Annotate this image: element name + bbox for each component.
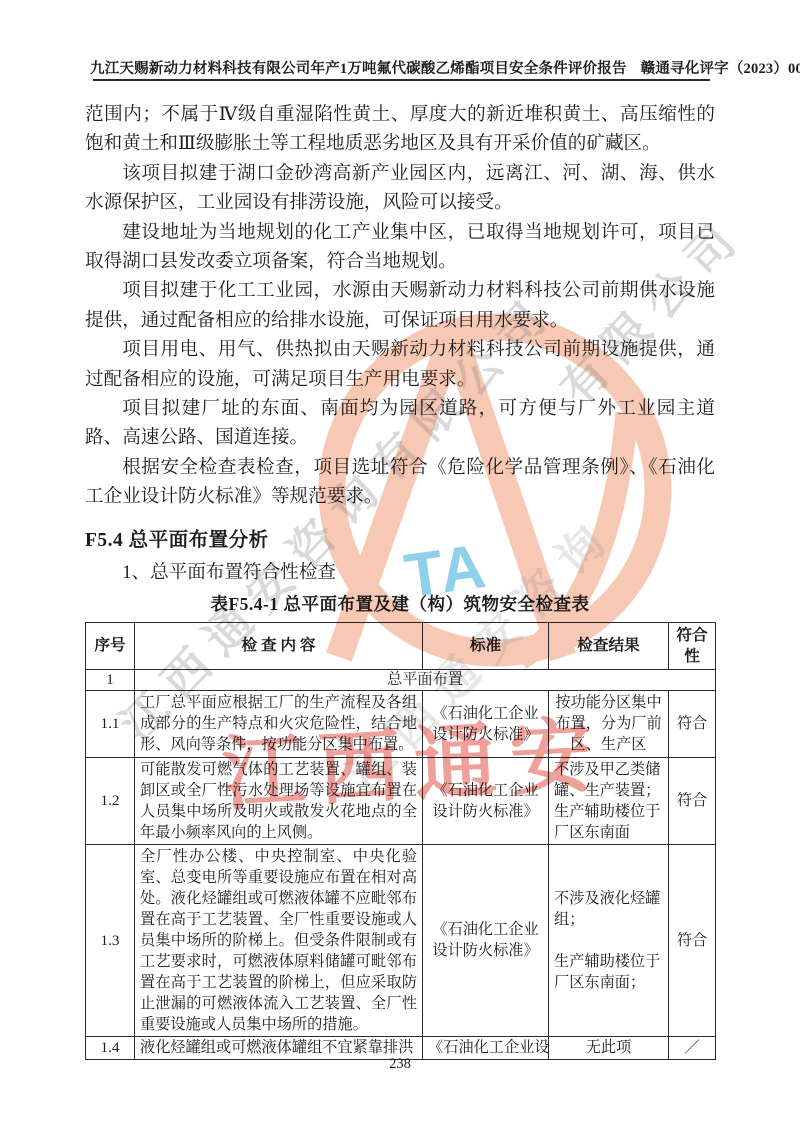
table-row: 1.1 工厂总平面应根据工厂的生产流程及各组成部分的生产特点和火灾危险性，结合地… — [86, 690, 716, 757]
row-content: 工厂总平面应根据工厂的生产流程及各组成部分的生产特点和火灾危险性，结合地形、风向… — [135, 690, 423, 757]
table-row: 1.3 全厂性办公楼、中央控制室、中央化验室、总变电所等重要设施应布置在相对高处… — [86, 844, 716, 1036]
doc-number: 赣通寻化评字（2023）004号 — [641, 61, 800, 77]
safety-checklist-table: 序号 检 查 内 容 标准 检查结果 符合性 1 总平面布置 1.1 工厂总平面… — [85, 622, 716, 1060]
table-row: 1.2 可能散发可燃气体的工艺装置、罐组、装卸区或全厂性污水处理场等设施宜布置在… — [86, 757, 716, 844]
table-caption: 表F5.4-1 总平面布置及建（构）筑物安全检查表 — [85, 591, 715, 616]
table-header-row: 序号 检 查 内 容 标准 检查结果 符合性 — [86, 622, 716, 669]
body-paragraph: 建设地址为当地规划的化工产业集中区，已取得当地规划许可，项目已取得湖口县发改委立… — [85, 218, 715, 277]
col-header-no: 序号 — [86, 622, 135, 669]
body-paragraph: 该项目拟建于湖口金砂湾高新产业园区内，远离江、河、湖、海、供水水源保护区，工业园… — [85, 159, 715, 218]
header-rule — [93, 79, 710, 81]
col-header-content: 检 查 内 容 — [135, 622, 423, 669]
row-content: 可能散发可燃气体的工艺装置、罐组、装卸区或全厂性污水处理场等设施宜布置在人员集中… — [135, 757, 423, 844]
body-paragraph: 项目拟建于化工工业园，水源由天赐新动力材料科技公司前期供水设施提供，通过配备相应… — [85, 276, 715, 335]
body-paragraph: 根据安全检查表检查，项目选址符合《危险化学品管理条例》、《石油化工企业设计防火标… — [85, 453, 715, 512]
row-result: 按功能分区集中布置，分为厂前区、生产区 — [549, 690, 669, 757]
body-paragraph: 范围内；不属于Ⅳ级自重湿陷性黄土、厚度大的新近堆积黄土、高压缩性的饱和黄土和Ⅲ级… — [85, 100, 715, 159]
section-subitem: 1、总平面布置符合性检查 — [85, 558, 715, 587]
table-group-row: 1 总平面布置 — [86, 669, 716, 690]
col-header-standard: 标准 — [423, 622, 549, 669]
document-page: 九江天赐新动力材料科技有限公司年产1万吨氟代碳酸乙烯酯项目安全条件评价报告赣通寻… — [0, 0, 800, 1131]
page-number: 238 — [0, 1056, 800, 1073]
row-standard: 《石油化工企业设计防火标准》 — [423, 757, 549, 844]
page-body: 范围内；不属于Ⅳ级自重湿陷性黄土、厚度大的新近堆积黄土、高压缩性的饱和黄土和Ⅲ级… — [85, 100, 715, 1060]
col-header-conformity: 符合性 — [669, 622, 716, 669]
col-header-result: 检查结果 — [549, 622, 669, 669]
row-no: 1.3 — [86, 844, 135, 1036]
report-title: 九江天赐新动力材料科技有限公司年产1万吨氟代碳酸乙烯酯项目安全条件评价报告 — [90, 61, 627, 77]
body-paragraph: 项目拟建厂址的东面、南面均为园区道路，可方便与厂外工业园主道路、高速公路、国道连… — [85, 394, 715, 453]
row-no: 1.2 — [86, 757, 135, 844]
row-result: 不涉及液化烃罐组； 生产辅助楼位于厂区东南面； — [549, 844, 669, 1036]
row-conformity: 符合 — [669, 690, 716, 757]
row-conformity: 符合 — [669, 844, 716, 1036]
row-standard: 《石油化工企业设计防火标准》 — [423, 844, 549, 1036]
row-content: 全厂性办公楼、中央控制室、中央化验室、总变电所等重要设施应布置在相对高处。液化烃… — [135, 844, 423, 1036]
body-paragraph: 项目用电、用气、供热拟由天赐新动力材料科技公司前期设施提供，通过配备相应的设施，… — [85, 335, 715, 394]
row-result: 不涉及甲乙类储罐、生产装置；生产辅助楼位于厂区东南面 — [549, 757, 669, 844]
row-conformity: 符合 — [669, 757, 716, 844]
row-no: 1.1 — [86, 690, 135, 757]
section-heading: F5.4 总平面布置分析 — [85, 524, 715, 552]
group-row-label: 总平面布置 — [135, 669, 716, 690]
row-standard: 《石油化工企业设计防火标准》 — [423, 690, 549, 757]
running-head: 九江天赐新动力材料科技有限公司年产1万吨氟代碳酸乙烯酯项目安全条件评价报告赣通寻… — [90, 57, 710, 78]
group-row-no: 1 — [86, 669, 135, 690]
